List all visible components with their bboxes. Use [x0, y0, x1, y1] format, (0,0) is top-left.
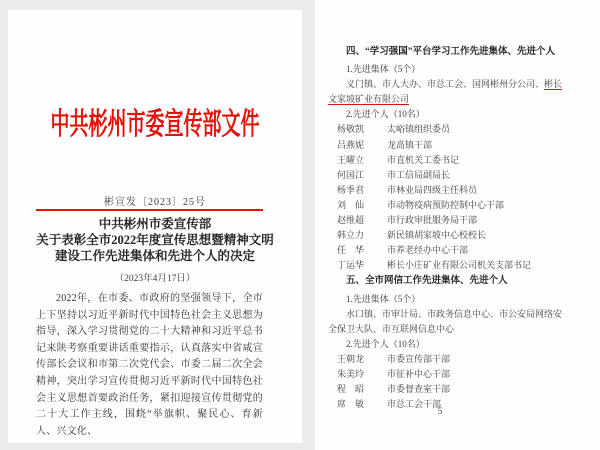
page-number-left: 1 [8, 408, 268, 418]
person-name: 任 华 [337, 243, 387, 258]
person-name: 赵维超 [337, 213, 387, 228]
section5-individuals-label: 2.先进个人（10名） [328, 337, 572, 352]
person-name: 王曜立 [337, 153, 387, 168]
section4-individuals-label: 2.先进个人（10名） [328, 107, 572, 122]
person-title: 市委宣传部干部 [387, 354, 450, 364]
person-name: 杨敬凯 [337, 122, 387, 137]
person-name: 韩立力 [337, 228, 387, 243]
page-left: 中共彬州市委宣传部文件 彬宣发〔2023〕25号 中共彬州市委宣传部 关于表彰全… [8, 10, 302, 443]
section5-groups-label: 1.先进集体（5个） [328, 292, 572, 307]
section5-heading: 五、全市网信工作先进集体、先进个人 [328, 273, 572, 288]
individual-row: 何国江市工信局副局长 [328, 168, 572, 183]
individual-row: 任 华市养老经办中心干部 [328, 243, 572, 258]
person-name: 朱美玲 [337, 367, 387, 382]
person-title: 市征补中心干部 [387, 369, 450, 379]
section4-groups-names: 义门镇、市人大办、市总工会、国网彬州分公司、 [346, 79, 544, 89]
person-name: 程 昭 [337, 382, 387, 397]
section5-groups-line2: 全保卫大队、市互联网信息中心 [328, 322, 572, 337]
masthead-title: 中共彬州市委宣传部文件 [8, 100, 302, 151]
page-right: 四、“学习强国”平台学习工作先进集体、先进个人 1.先进集体（5个） 义门镇、市… [315, 0, 600, 450]
section4-heading: 四、“学习强国”平台学习工作先进集体、先进个人 [328, 44, 572, 59]
red-divider-line [36, 209, 263, 211]
person-title: 彬长小庄矿业有限公司机关支部书记 [387, 260, 531, 270]
person-title: 市行政审批服务局干部 [387, 215, 477, 225]
section4-groups-line1: 义门镇、市人大办、市总工会、国网彬州分公司、彬长 [328, 77, 572, 92]
person-name: 王朝龙 [337, 352, 387, 367]
section5-groups-line1: 水口镇、市审计局、市政务信息中心、市公安局网络安 [328, 307, 572, 322]
individual-row: 程 昭市委督查室干部 [328, 382, 572, 397]
underlined-company-part2: 文家坡矿业有限公司 [328, 94, 409, 105]
individual-row: 赵维超市行政审批服务局干部 [328, 213, 572, 228]
individual-row: 杨敬凯太峪镇组织委员 [328, 122, 572, 137]
document-title-line-3: 建设工作先进集体和先进个人的决定 [8, 248, 302, 264]
person-title: 市养老经办中心干部 [387, 245, 468, 255]
document-title: 中共彬州市委宣传部 关于表彰全市2022年度宣传思想暨精神文明 建设工作先进集体… [8, 216, 302, 264]
document-title-line-2: 关于表彰全市2022年度宣传思想暨精神文明 [8, 232, 302, 248]
individual-row: 王朝龙市委宣传部干部 [328, 352, 572, 367]
page-number-right: 5 [315, 406, 565, 416]
underlined-company-part1: 彬长 [544, 79, 562, 90]
person-title: 龙高镇干部 [387, 140, 432, 150]
document-date: （2023年4月17日） [8, 270, 302, 284]
person-name: 丁运华 [337, 258, 387, 273]
section4-groups-label: 1.先进集体（5个） [328, 62, 572, 77]
person-title: 市动物疫病预防控制中心干部 [387, 200, 504, 210]
individual-row: 丁运华彬长小庄矿业有限公司机关支部书记 [328, 258, 572, 273]
section4-groups-line2: 文家坡矿业有限公司 [328, 92, 572, 107]
document-title-line-1: 中共彬州市委宣传部 [8, 216, 302, 232]
person-title: 新民镇胡家坡中心校校长 [387, 230, 486, 240]
right-page-content: 四、“学习强国”平台学习工作先进集体、先进个人 1.先进集体（5个） 义门镇、市… [328, 44, 572, 412]
individual-row: 杨季君市林业局四级主任科员 [328, 183, 572, 198]
individual-row: 朱美玲市征补中心干部 [328, 367, 572, 382]
person-name: 吕燕妮 [337, 138, 387, 153]
person-title: 市直机关工委书记 [387, 155, 459, 165]
person-title: 市委督查室干部 [387, 384, 450, 394]
person-name: 何国江 [337, 168, 387, 183]
document-viewer: 中共彬州市委宣传部文件 彬宣发〔2023〕25号 中共彬州市委宣传部 关于表彰全… [0, 0, 600, 450]
document-number: 彬宣发〔2023〕25号 [8, 193, 302, 208]
person-title: 市工信局副局长 [387, 170, 450, 180]
individual-row: 刘 仙市动物疫病预防控制中心干部 [328, 198, 572, 213]
individual-row: 吕燕妮龙高镇干部 [328, 138, 572, 153]
person-title: 市林业局四级主任科员 [387, 185, 477, 195]
individual-row: 王曜立市直机关工委书记 [328, 153, 572, 168]
individual-row: 韩立力新民镇胡家坡中心校校长 [328, 228, 572, 243]
person-name: 刘 仙 [337, 198, 387, 213]
person-name: 杨季君 [337, 183, 387, 198]
person-title: 太峪镇组织委员 [387, 124, 450, 134]
